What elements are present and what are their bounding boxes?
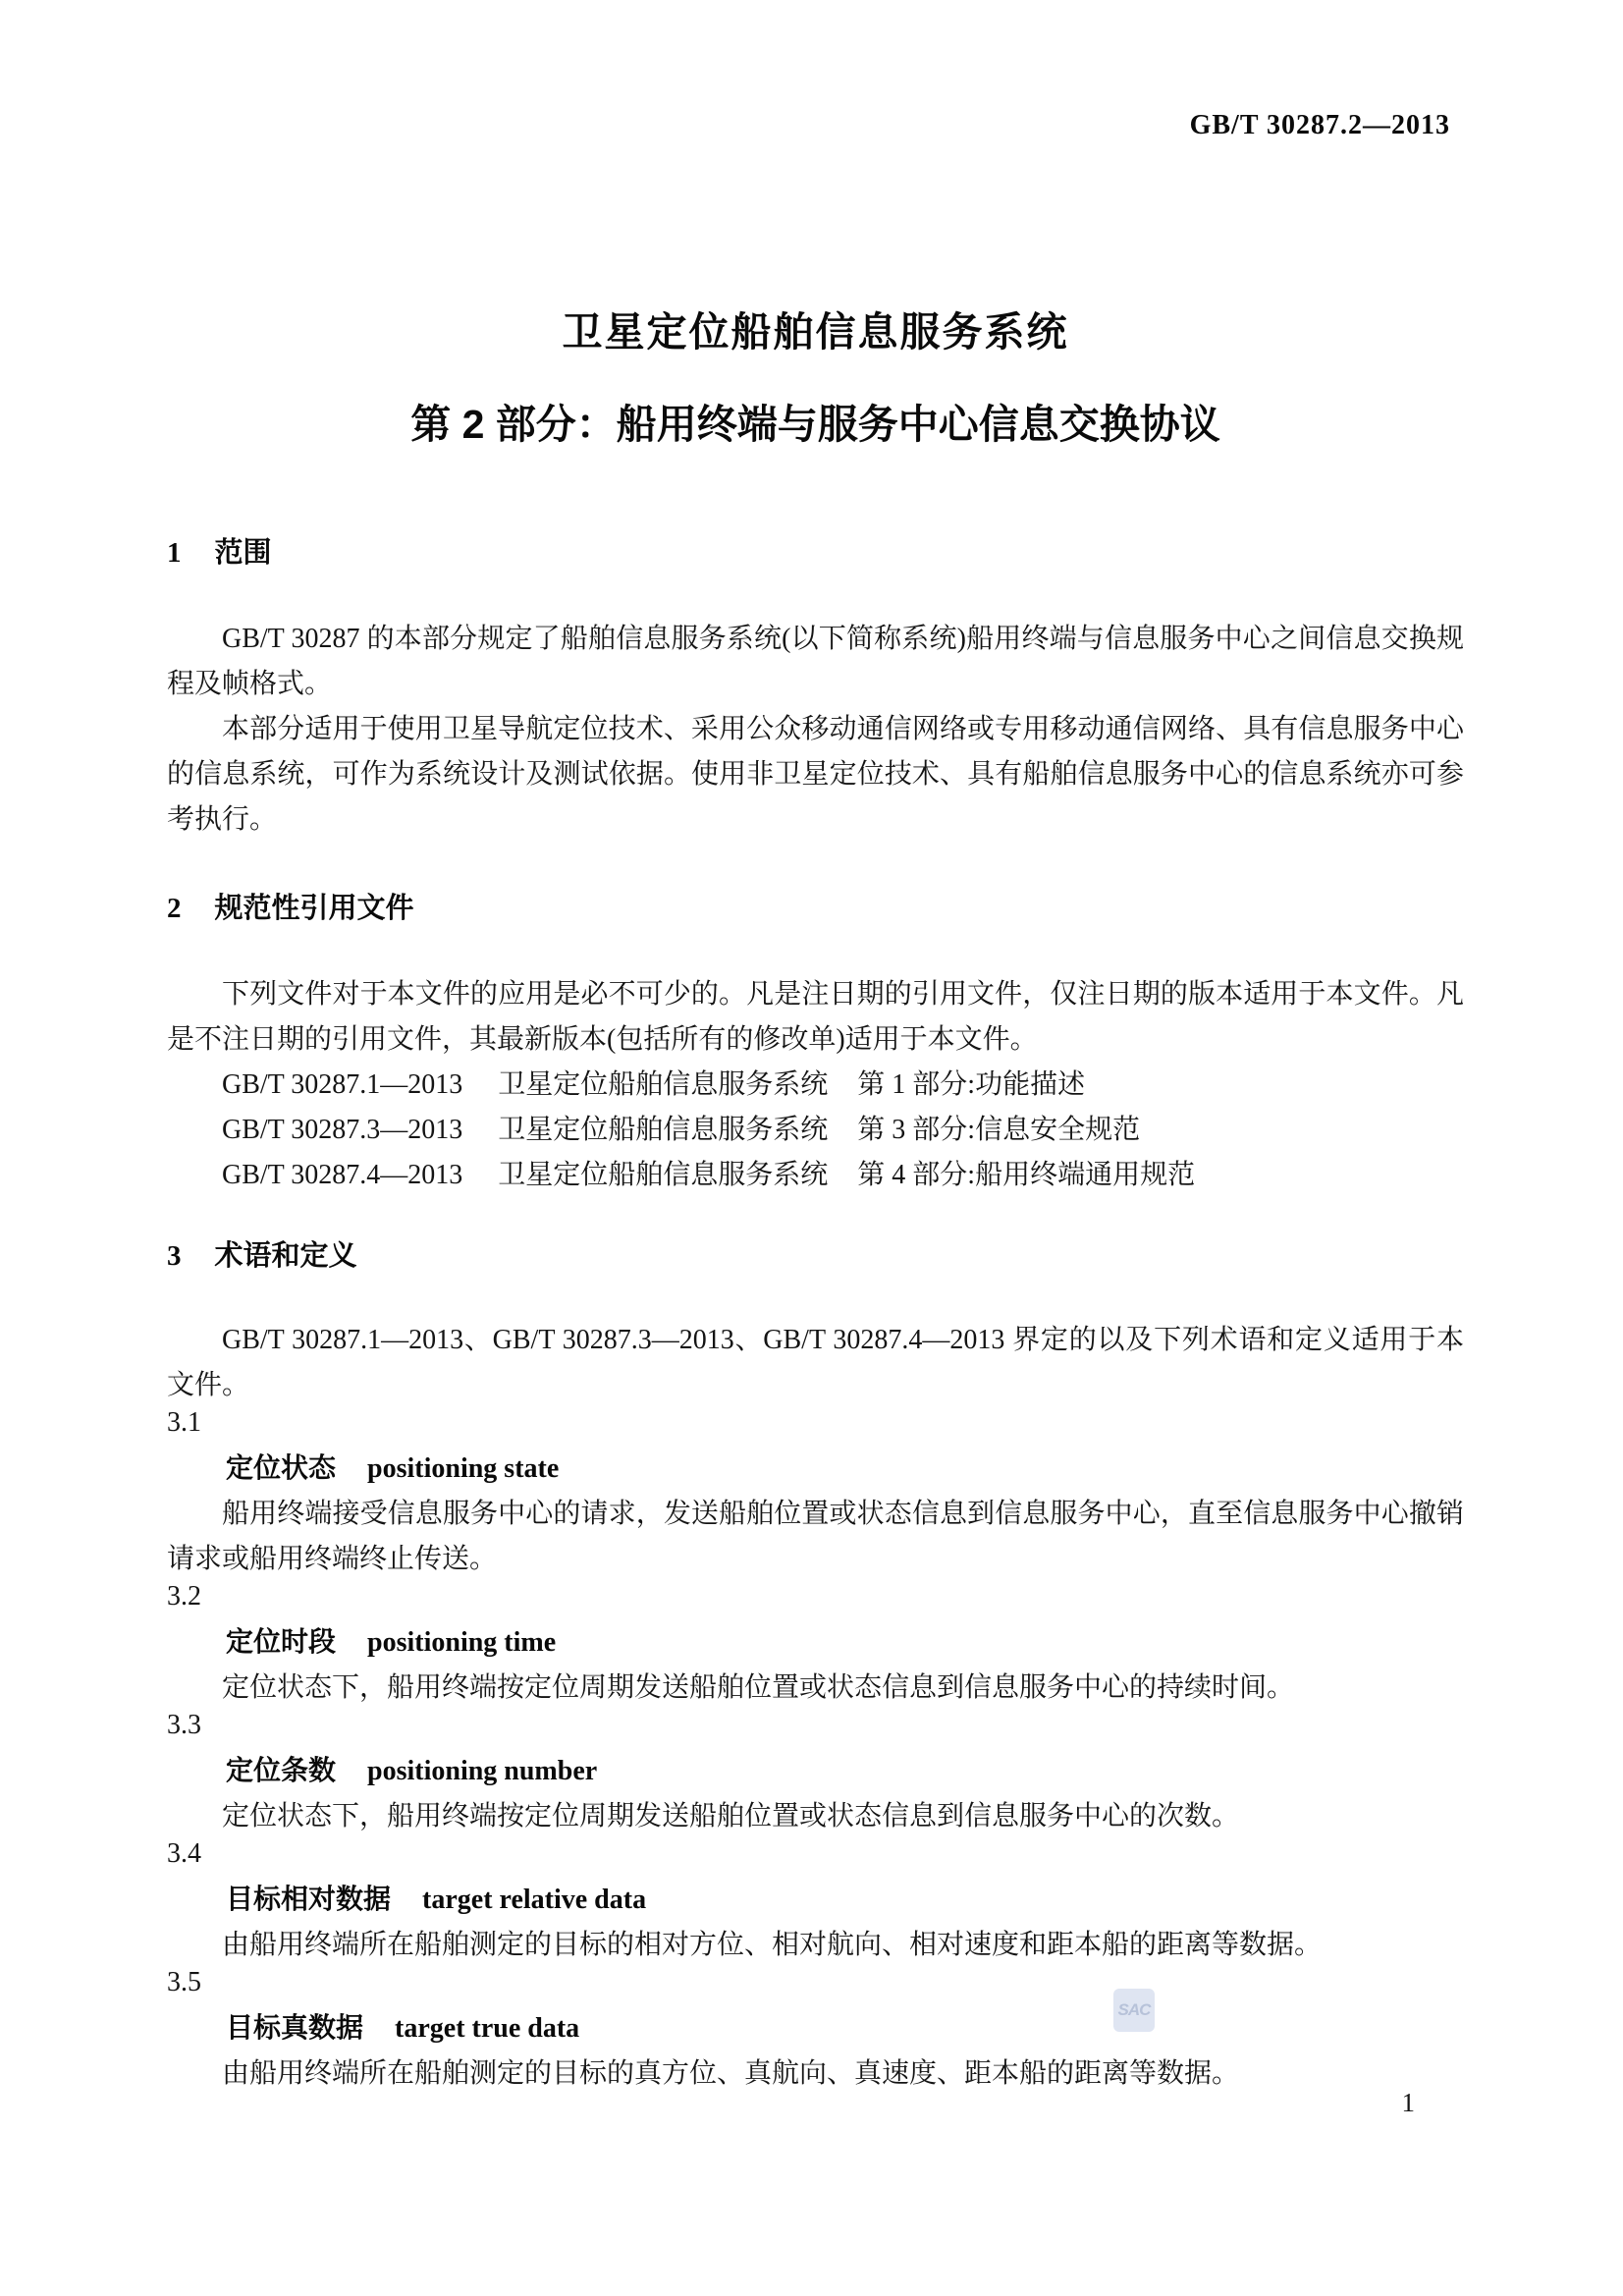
section-scope-heading: 1范围 bbox=[167, 536, 1464, 570]
section-scope-title: 范围 bbox=[215, 537, 272, 569]
terms-intro: GB/T 30287.1—2013、GB/T 30287.3—2013、GB/T… bbox=[167, 1318, 1464, 1408]
reference-series: 卫星定位船舶信息服务系统 bbox=[498, 1069, 828, 1100]
reference-series: 卫星定位船舶信息服务系统 bbox=[498, 1160, 828, 1190]
document-title-line1: 卫星定位船舶信息服务系统 bbox=[167, 308, 1464, 355]
reference-code: GB/T 30287.1—2013 bbox=[222, 1069, 462, 1100]
section-references-number: 2 bbox=[167, 893, 182, 924]
term-en-label: positioning time bbox=[367, 1627, 556, 1658]
references-intro: 下列文件对于本文件的应用是必不可少的。凡是注日期的引用文件，仅注日期的版本适用于… bbox=[167, 972, 1464, 1063]
reference-code: GB/T 30287.4—2013 bbox=[222, 1160, 462, 1190]
term-heading: 定位时段positioning time bbox=[167, 1619, 1464, 1666]
section-references-heading: 2规范性引用文件 bbox=[167, 892, 1464, 925]
page-content: 卫星定位船舶信息服务系统 第 2 部分：船用终端与服务中心信息交换协议 1范围 … bbox=[167, 0, 1464, 2097]
reference-item: GB/T 30287.4—2013卫星定位船舶信息服务系统第 4 部分:船用终端… bbox=[167, 1153, 1464, 1198]
term-definition: 船用终端接受信息服务中心的请求，发送船舶位置或状态信息到信息服务中心，直至信息服… bbox=[167, 1492, 1464, 1582]
term-number: 3.1 bbox=[167, 1400, 1464, 1446]
document-page: GB/T 30287.2—2013 卫星定位船舶信息服务系统 第 2 部分：船用… bbox=[0, 0, 1623, 2296]
section-terms-number: 3 bbox=[167, 1240, 182, 1272]
sac-watermark-label: SAC bbox=[1118, 1988, 1151, 2033]
reference-code: GB/T 30287.3—2013 bbox=[222, 1115, 462, 1145]
term-zh-label: 定位条数 bbox=[226, 1755, 336, 1785]
term-zh-label: 目标真数据 bbox=[226, 2012, 363, 2043]
section-references-title: 规范性引用文件 bbox=[215, 893, 414, 924]
reference-part: 第 4 部分:船用终端通用规范 bbox=[857, 1160, 1195, 1190]
term-heading: 定位条数positioning number bbox=[167, 1748, 1464, 1794]
scope-paragraph-2: 本部分适用于使用卫星导航定位技术、采用公众移动通信网络或专用移动通信网络、具有信… bbox=[167, 707, 1464, 843]
term-definition: 由船用终端所在船舶测定的目标的真方位、真航向、真速度、距本船的距离等数据。 bbox=[167, 2051, 1464, 2097]
scope-paragraph-1: GB/T 30287 的本部分规定了船舶信息服务系统(以下简称系统)船用终端与信… bbox=[167, 617, 1464, 707]
term-zh-label: 定位状态 bbox=[226, 1452, 336, 1483]
term-en-label: positioning number bbox=[367, 1756, 597, 1786]
reference-item: GB/T 30287.3—2013卫星定位船舶信息服务系统第 3 部分:信息安全… bbox=[167, 1108, 1464, 1153]
term-zh-label: 定位时段 bbox=[226, 1626, 336, 1657]
term-heading: 目标相对数据target relative data bbox=[167, 1877, 1464, 1923]
reference-item: GB/T 30287.1—2013卫星定位船舶信息服务系统第 1 部分:功能描述 bbox=[167, 1063, 1464, 1108]
term-definition: 由船用终端所在船舶测定的目标的相对方位、相对航向、相对速度和距本船的距离等数据。 bbox=[167, 1923, 1464, 1968]
term-zh-label: 目标相对数据 bbox=[226, 1884, 391, 1914]
term-en-label: target relative data bbox=[422, 1885, 646, 1915]
reference-series: 卫星定位船舶信息服务系统 bbox=[498, 1115, 828, 1145]
section-terms-heading: 3术语和定义 bbox=[167, 1239, 1464, 1273]
reference-part: 第 1 部分:功能描述 bbox=[857, 1069, 1085, 1100]
term-heading: 定位状态positioning state bbox=[167, 1446, 1464, 1492]
term-definition: 定位状态下，船用终端按定位周期发送船舶位置或状态信息到信息服务中心的持续时间。 bbox=[167, 1666, 1464, 1711]
term-en-label: target true data bbox=[395, 2013, 579, 2044]
reference-part: 第 3 部分:信息安全规范 bbox=[857, 1115, 1140, 1145]
section-scope-number: 1 bbox=[167, 537, 182, 569]
term-en-label: positioning state bbox=[367, 1453, 559, 1484]
page-number: 1 bbox=[1402, 2088, 1416, 2118]
section-terms-title: 术语和定义 bbox=[215, 1240, 357, 1272]
term-heading: 目标真数据target true dataSAC bbox=[167, 2005, 1464, 2051]
sac-watermark: SAC bbox=[1113, 1989, 1155, 2032]
document-title-line2: 第 2 部分：船用终端与服务中心信息交换协议 bbox=[167, 401, 1464, 448]
